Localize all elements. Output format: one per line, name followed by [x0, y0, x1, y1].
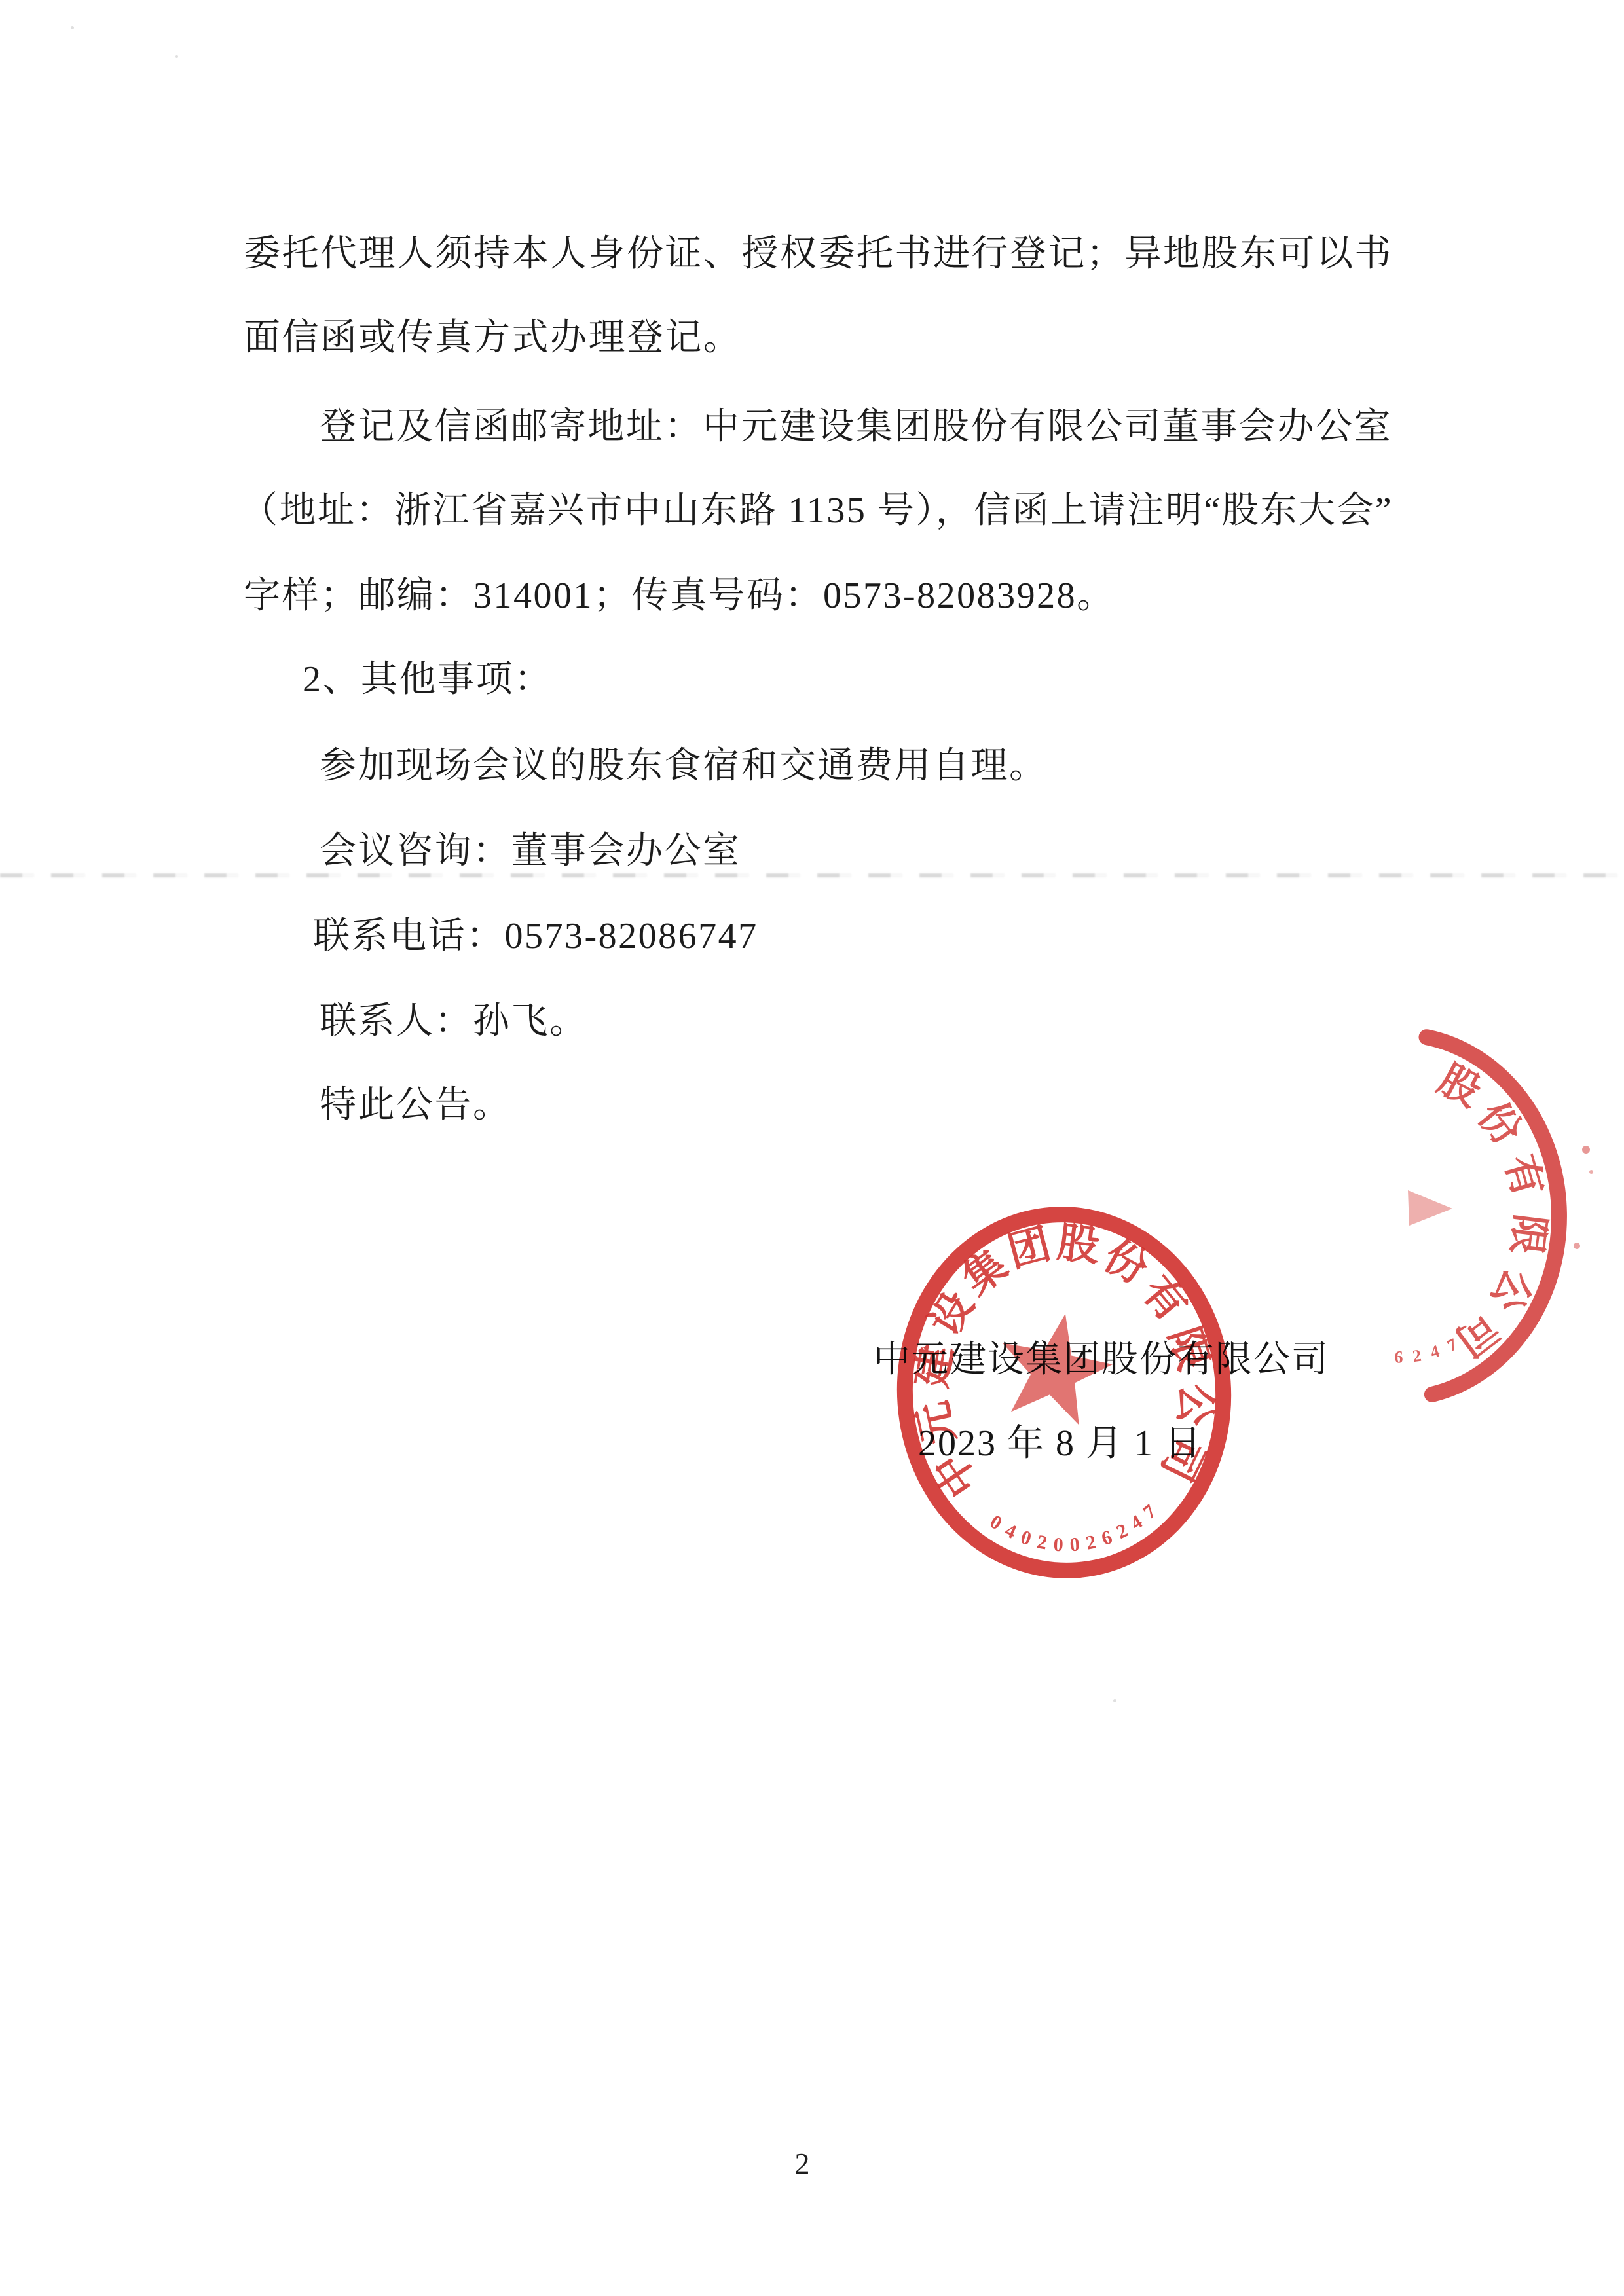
scanned-document-page: 委托代理人须持本人身份证、授权委托书进行登记；异地股东可以书 面信函或传真方式办…	[0, 0, 1624, 2296]
seal-digit: 2	[1035, 1531, 1049, 1554]
seal-digit: 0	[1069, 1533, 1080, 1556]
seal-number: 6 2 4 7	[1395, 1335, 1460, 1367]
seal-digit: 4	[1428, 1341, 1441, 1362]
body-line: 委托代理人须持本人身份证、授权委托书进行登记；异地股东可以书	[244, 233, 1393, 275]
seal-digit: 0	[986, 1511, 1006, 1535]
page-number: 2	[773, 2146, 832, 2181]
scan-speck	[1113, 1699, 1116, 1702]
company-seal-main: 中 元 建 设 集 团 股 份 有 限 公 司 0 4 0 2 0 0	[877, 1188, 1257, 1607]
body-line: 联系电话：0573-82086747	[313, 915, 758, 957]
seal-digit: 0	[1018, 1526, 1034, 1550]
body-line: 参加现场会议的股东食宿和交通费用自理。	[320, 745, 1048, 787]
seal-digit: 6	[1395, 1348, 1403, 1367]
company-seal-partial: 股 份 有 限 公 司 6 2 4 7	[1211, 982, 1624, 1480]
seal-char: 元	[909, 1397, 963, 1448]
seal-main-group: 中 元 建 设 集 团 股 份 有 限 公 司 0 4 0 2 0 0	[893, 1204, 1236, 1582]
body-line: 特此公告。	[320, 1084, 511, 1126]
seal-star-icon	[1001, 1311, 1116, 1430]
body-line: 联系人：孙飞。	[320, 1000, 588, 1042]
seal-star-fragment-icon	[1408, 1190, 1452, 1226]
seal-ink-speck	[1574, 1243, 1580, 1249]
scan-artifact-line	[0, 873, 1624, 877]
body-line: 字样；邮编：314001；传真号码：0573-82083928。	[244, 575, 1115, 617]
seal-digit: 7	[1139, 1501, 1160, 1523]
body-line: 面信函或传真方式办理登记。	[244, 317, 742, 359]
seal-digit: 4	[1126, 1511, 1146, 1535]
seal-ink-speck	[1589, 1170, 1593, 1174]
seal-digit: 6	[1099, 1526, 1115, 1550]
body-line: 2、其他事项：	[303, 659, 553, 701]
seal-digit: 4	[1002, 1520, 1020, 1543]
seal-digit: 2	[1411, 1346, 1422, 1366]
seal-ink-speck	[1582, 1146, 1590, 1154]
seal-char: 股	[1055, 1219, 1102, 1270]
body-line: 会议咨询：董事会办公室	[320, 830, 741, 872]
seal-char: 限	[1503, 1211, 1552, 1257]
body-line: 登记及信函邮寄地址：中元建设集团股份有限公司董事会办公室	[320, 406, 1392, 448]
scan-speck	[175, 55, 178, 58]
seal-digit: 2	[1113, 1520, 1132, 1543]
seal-digit: 0	[1053, 1534, 1064, 1556]
body-line: （地址：浙江省嘉兴市中山东路 1135 号），信函上请注明“股东大会”	[241, 490, 1393, 532]
scan-speck	[71, 26, 74, 29]
seal-char: 建	[908, 1342, 961, 1391]
seal-char: 团	[1003, 1220, 1056, 1276]
seal-digit: 2	[1084, 1531, 1098, 1554]
